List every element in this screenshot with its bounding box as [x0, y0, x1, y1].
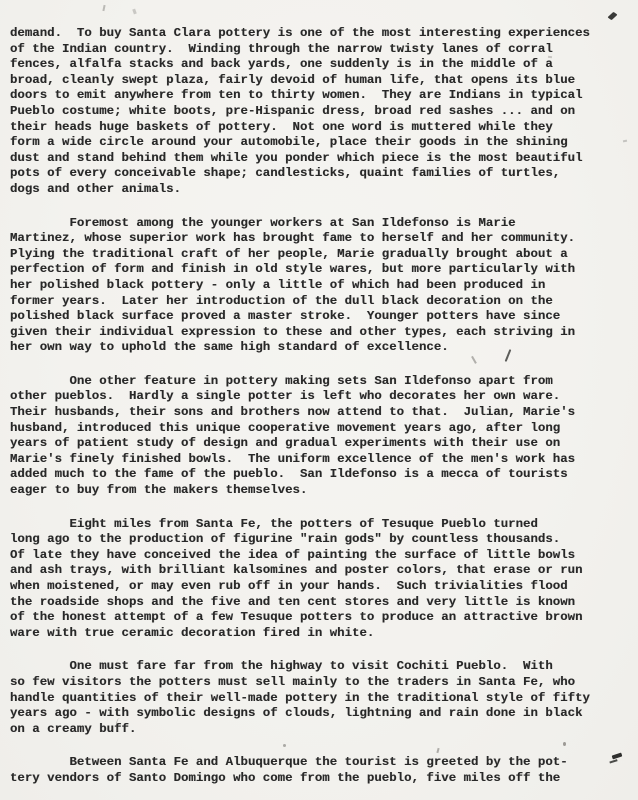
scan-speck [102, 5, 105, 11]
scan-speck [132, 9, 137, 15]
text-block: demand. To buy Santa Clara pottery is on… [10, 26, 632, 787]
paragraph-cochiti: One must fare far from the highway to vi… [10, 659, 632, 737]
paragraph-san-ildefonso-men: One other feature in pottery making sets… [10, 374, 632, 499]
paragraph-santo-domingo: Between Santa Fe and Albuquerque the tou… [10, 755, 632, 786]
paragraph-marie-martinez: Foremost among the younger workers at Sa… [10, 216, 632, 356]
paragraph-santa-clara: demand. To buy Santa Clara pottery is on… [10, 26, 632, 198]
document-page: demand. To buy Santa Clara pottery is on… [0, 0, 638, 800]
paragraph-tesuque: Eight miles from Santa Fe, the potters o… [10, 517, 632, 642]
scan-speck [607, 12, 617, 20]
